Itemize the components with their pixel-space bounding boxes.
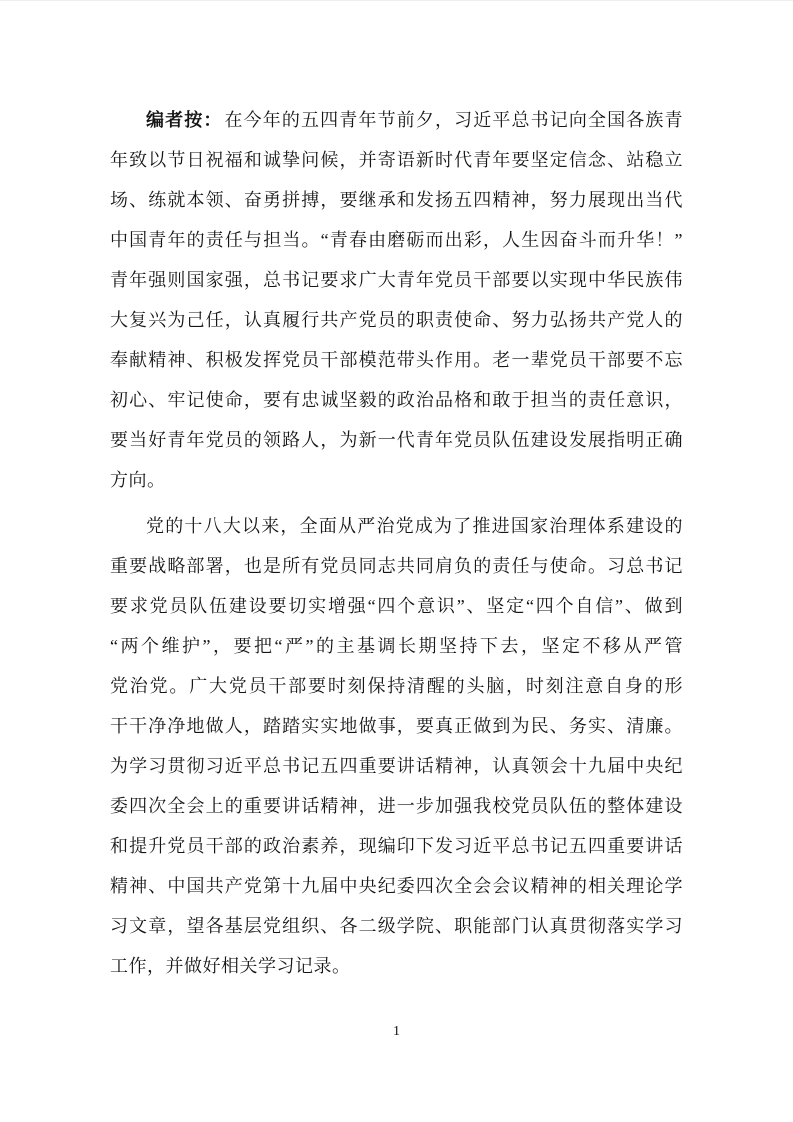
- editor-note-paragraph: 编者按：在今年的五四青年节前夕，习近平总书记向全国各族青 年致以节日祝福和诚挚问…: [110, 100, 683, 500]
- text-line: 和提升党员干部的政治素养，现编印下发习近平总书记五四重要讲话: [110, 826, 683, 866]
- text-line: 为学习贯彻习近平总书记五四重要讲话精神，认真领会十九届中央纪: [110, 746, 683, 786]
- text-line: 年致以节日祝福和诚挚问候，并寄语新时代青年要坚定信念、站稳立: [110, 140, 683, 180]
- text-line: 党的十八大以来，全面从严治党成为了推进国家治理体系建设的: [110, 506, 683, 546]
- document-body: 编者按：在今年的五四青年节前夕，习近平总书记向全国各族青 年致以节日祝福和诚挚问…: [110, 100, 683, 986]
- text-line: 要当好青年党员的领路人，为新一代青年党员队伍建设发展指明正确: [110, 420, 683, 460]
- text-line: 初心、牢记使命，要有忠诚坚毅的政治品格和敢于担当的责任意识，: [110, 380, 683, 420]
- document-page: 编者按：在今年的五四青年节前夕，习近平总书记向全国各族青 年致以节日祝福和诚挚问…: [0, 0, 793, 1122]
- text-line: 方向。: [110, 460, 683, 500]
- text-line: 精神、中国共产党第十九届中央纪委四次全会会议精神的相关理论学: [110, 866, 683, 906]
- text-line: 习文章，望各基层党组织、各二级学院、职能部门认真贯彻落实学习: [110, 906, 683, 946]
- editor-note-label: 编者按：: [146, 110, 223, 130]
- text-line: “两个维护”，要把“严”的主基调长期坚持下去，坚定不移从严管: [110, 626, 683, 666]
- text-line-content: 在今年的五四青年节前夕，习近平总书记向全国各族青: [225, 110, 683, 130]
- text-line: 重要战略部署，也是所有党员同志共同肩负的责任与使命。习总书记: [110, 546, 683, 586]
- text-line: 工作，并做好相关学习记录。: [110, 946, 683, 986]
- text-line: 大复兴为己任，认真履行共产党员的职责使命、努力弘扬共产党人的: [110, 300, 683, 340]
- text-line: 要求党员队伍建设要切实增强“四个意识”、坚定“四个自信”、做到: [110, 586, 683, 626]
- text-line: 编者按：在今年的五四青年节前夕，习近平总书记向全国各族青: [110, 100, 683, 140]
- text-line: 青年强则国家强，总书记要求广大青年党员干部要以实现中华民族伟: [110, 260, 683, 300]
- body-paragraph: 党的十八大以来，全面从严治党成为了推进国家治理体系建设的 重要战略部署，也是所有…: [110, 506, 683, 986]
- text-line: 场、练就本领、奋勇拼搏，要继承和发扬五四精神，努力展现出当代: [110, 180, 683, 220]
- text-line: 中国青年的责任与担当。“青春由磨砺而出彩，人生因奋斗而升华！”: [110, 220, 683, 260]
- page-top-edge: [0, 0, 793, 1]
- text-line: 奉献精神、积极发挥党员干部模范带头作用。老一辈党员干部要不忘: [110, 340, 683, 380]
- page-number: 1: [0, 1022, 793, 1042]
- text-line: 干干净净地做人，踏踏实实地做事，要真正做到为民、务实、清廉。: [110, 706, 683, 746]
- text-line: 党治党。广大党员干部要时刻保持清醒的头脑，时刻注意自身的形象，: [110, 666, 683, 706]
- text-line: 委四次全会上的重要讲话精神，进一步加强我校党员队伍的整体建设: [110, 786, 683, 826]
